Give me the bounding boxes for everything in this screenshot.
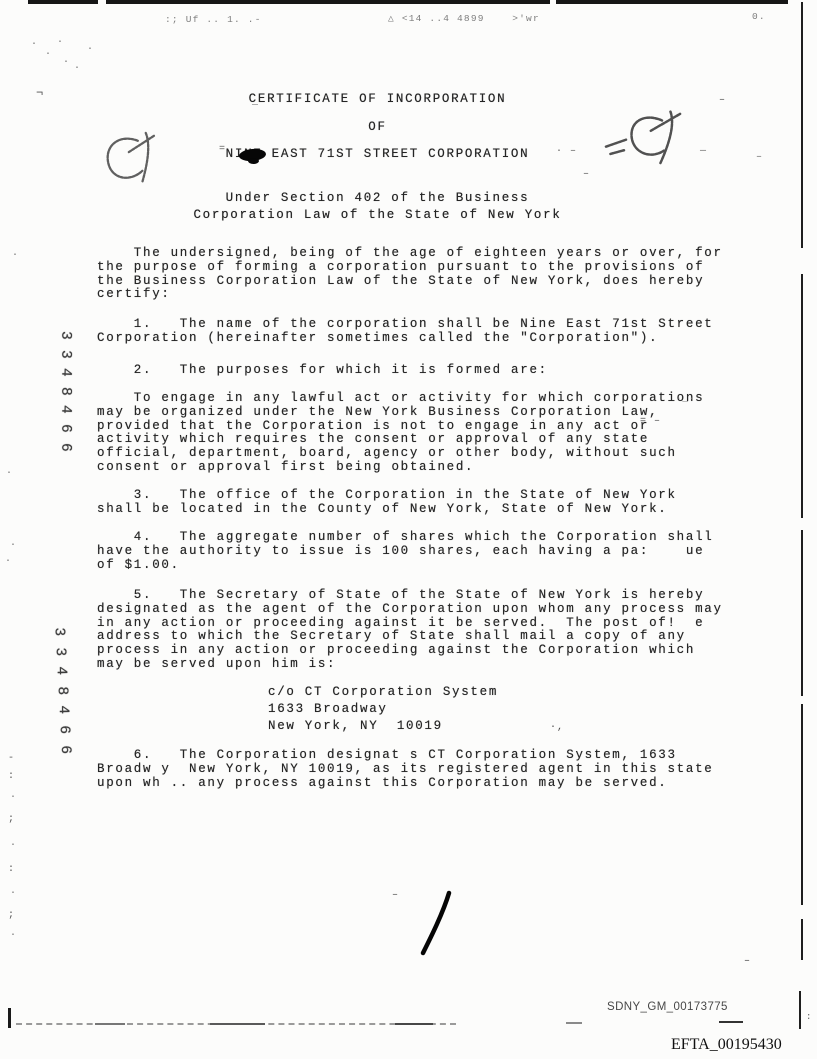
noise-speck: · — [10, 930, 17, 941]
noise-speck: · — [10, 792, 17, 803]
stamp-digit: 8 — [55, 382, 74, 401]
text-line: Corporation (hereinafter sometimes calle… — [97, 332, 713, 346]
page-edge-mark — [8, 1008, 11, 1028]
text-line: of $1.00. — [97, 559, 713, 573]
noise-speck: _ — [252, 97, 259, 108]
paragraph-5-secretary: 5. The Secretary of State of the State o… — [97, 589, 723, 672]
text-line: official, department, board, agency or o… — [97, 447, 704, 461]
stamp-digit: 3 — [55, 326, 74, 345]
noise-speck: · — [74, 63, 81, 74]
noise-speck: – — [756, 152, 763, 163]
stamp-digit: 6 — [55, 419, 74, 438]
margin-stamp: 3348466 — [48, 622, 73, 760]
handwritten-ct-mark-right — [598, 97, 714, 188]
page-border-right — [801, 2, 803, 960]
paragraph-purpose-clause: To engage in any lawful act or activity … — [97, 392, 704, 475]
noise-speck: ¬ — [36, 86, 44, 100]
fax-header-left: :; Uf .. 1. .- — [165, 14, 262, 25]
text-line: have the authority to issue is 100 share… — [97, 545, 713, 559]
noise-speck: · — [45, 49, 52, 60]
paragraph-3-office: 3. The office of the Corporation in the … — [97, 489, 677, 517]
text-line: address to which the Secretary of State … — [97, 630, 723, 644]
noise-speck: · — [10, 540, 17, 551]
text-line: Broadw y New York, NY 10019, as its regi… — [97, 763, 713, 777]
stamp-digit: 3 — [55, 345, 74, 364]
paragraph-6-registered-agent: 6. The Corporation designat s CT Corpora… — [97, 749, 713, 790]
noise-speck: · — [57, 37, 64, 48]
border-gap — [800, 518, 804, 530]
noise-speck: · — [5, 556, 12, 567]
stamp-digit: 4 — [50, 662, 70, 680]
handwritten-slash-mark — [405, 885, 465, 963]
text-line: provided that the Corporation is not to … — [97, 420, 704, 434]
text-line: activity which requires the consent or a… — [97, 433, 704, 447]
text-line: certify: — [97, 288, 723, 302]
paragraph-4-shares: 4. The aggregate number of shares which … — [97, 531, 713, 572]
noise-speck: ; — [8, 910, 15, 921]
bates-number-sdny: SDNY_GM_00173775 — [607, 1001, 728, 1013]
paragraph-1-name: 1. The name of the corporation shall be … — [97, 318, 713, 346]
noise-speck: ·_· — [676, 394, 695, 404]
noise-speck: · — [31, 39, 38, 50]
noise-speck: · – — [556, 146, 577, 157]
stamp-digit: 6 — [54, 740, 74, 758]
stamp-digit: 4 — [55, 363, 74, 382]
stamp-digit: 6 — [55, 438, 74, 457]
page-border-bottom — [395, 1023, 433, 1025]
noise-speck: : — [806, 1012, 812, 1022]
text-line: 1. The name of the corporation shall be … — [97, 318, 713, 332]
document-subtitle: Corporation Law of the State of New York — [85, 208, 670, 222]
noise-speck: ; — [8, 814, 15, 825]
text-line: 5. The Secretary of State of the State o… — [97, 589, 723, 603]
document-title-of: OF — [85, 120, 670, 134]
page-border-bottom — [566, 1022, 582, 1024]
text-line: 2. The purposes for which it is formed a… — [97, 364, 548, 378]
text-line: may be organized under the New York Busi… — [97, 406, 704, 420]
text-line: consent or approval first being obtained… — [97, 461, 704, 475]
noise-speck: = – — [640, 416, 661, 427]
border-gap — [800, 696, 804, 704]
text-line: 6. The Corporation designat s CT Corpora… — [97, 749, 713, 763]
corporation-name: NINE EAST 71ST STREET CORPORATION — [85, 147, 670, 161]
noise-speck: · — [63, 57, 70, 68]
text-line: 4. The aggregate number of shares which … — [97, 531, 713, 545]
bates-number-efta: EFTA_00195430 — [671, 1036, 782, 1054]
noise-speck: ·, — [550, 722, 564, 733]
text-line: shall be located in the County of New Yo… — [97, 503, 677, 517]
noise-speck: · — [10, 888, 17, 899]
noise-speck: — — [700, 146, 707, 157]
ink-blot — [248, 158, 259, 164]
noise-speck: · — [87, 44, 94, 55]
noise-speck: ‒ — [719, 95, 726, 106]
document-subtitle: Under Section 402 of the Business — [85, 191, 670, 205]
text-line: 1633 Broadway — [268, 703, 498, 720]
page-border-top — [106, 0, 550, 4]
text-line: The undersigned, being of the age of eig… — [97, 247, 723, 261]
noise-speck: · — [10, 840, 17, 851]
text-line: process in any action or proceeding agai… — [97, 644, 723, 658]
noise-speck: - — [8, 753, 15, 764]
border-gap — [800, 905, 804, 919]
text-line: To engage in any lawful act or activity … — [97, 392, 704, 406]
margin-stamp: 3348466 — [56, 326, 74, 456]
border-gap — [800, 248, 804, 274]
stamp-digit: 8 — [51, 681, 71, 699]
noise-speck: – — [583, 169, 590, 180]
noise-speck: · — [6, 468, 13, 479]
stamp-digit: 4 — [52, 701, 72, 719]
stamp-digit: 4 — [55, 400, 74, 419]
fax-header-center: △ <14 ..4 4899 >'wr — [388, 13, 540, 24]
noise-speck: · — [12, 250, 19, 261]
paragraph-2-purposes: 2. The purposes for which it is formed a… — [97, 364, 548, 378]
page-border-top — [28, 0, 98, 4]
stamp-digit: 3 — [48, 623, 68, 641]
text-line: 3. The office of the Corporation in the … — [97, 489, 677, 503]
text-line: New York, NY 10019 — [268, 720, 498, 737]
stamp-digit: 3 — [49, 642, 69, 660]
text-line: c/o CT Corporation System — [268, 686, 498, 703]
page-border-bottom — [95, 1023, 125, 1025]
page-border-bottom — [210, 1023, 265, 1025]
text-line: designated as the agent of the Corporati… — [97, 603, 723, 617]
agent-address-block: c/o CT Corporation System1633 BroadwayNe… — [268, 686, 498, 738]
stamp-digit: 6 — [53, 721, 73, 739]
fax-header-right: 0. — [752, 11, 766, 22]
noise-speck: = — [219, 144, 226, 155]
text-line: may be served upon him is: — [97, 658, 723, 672]
page-border-right — [799, 991, 801, 1029]
text-line: the purpose of forming a corporation pur… — [97, 261, 723, 275]
text-line: in any action or proceeding against it b… — [97, 617, 723, 631]
noise-speck: : — [8, 771, 15, 782]
noise-speck: ‒ — [392, 890, 399, 901]
paragraph-intro: The undersigned, being of the age of eig… — [97, 247, 723, 302]
noise-speck: : — [8, 864, 15, 875]
text-line: the Business Corporation Law of the Stat… — [97, 275, 723, 289]
document-title: CERTIFICATE OF INCORPORATION — [85, 92, 670, 106]
scanned-document-page: :; Uf .. 1. .- △ <14 ..4 4899 >'wr 0. CE… — [0, 0, 817, 1059]
page-border-bottom — [719, 1021, 743, 1023]
page-border-top — [556, 0, 788, 4]
text-line: upon wh .. any process against this Corp… — [97, 777, 713, 791]
noise-speck: – — [744, 956, 751, 967]
